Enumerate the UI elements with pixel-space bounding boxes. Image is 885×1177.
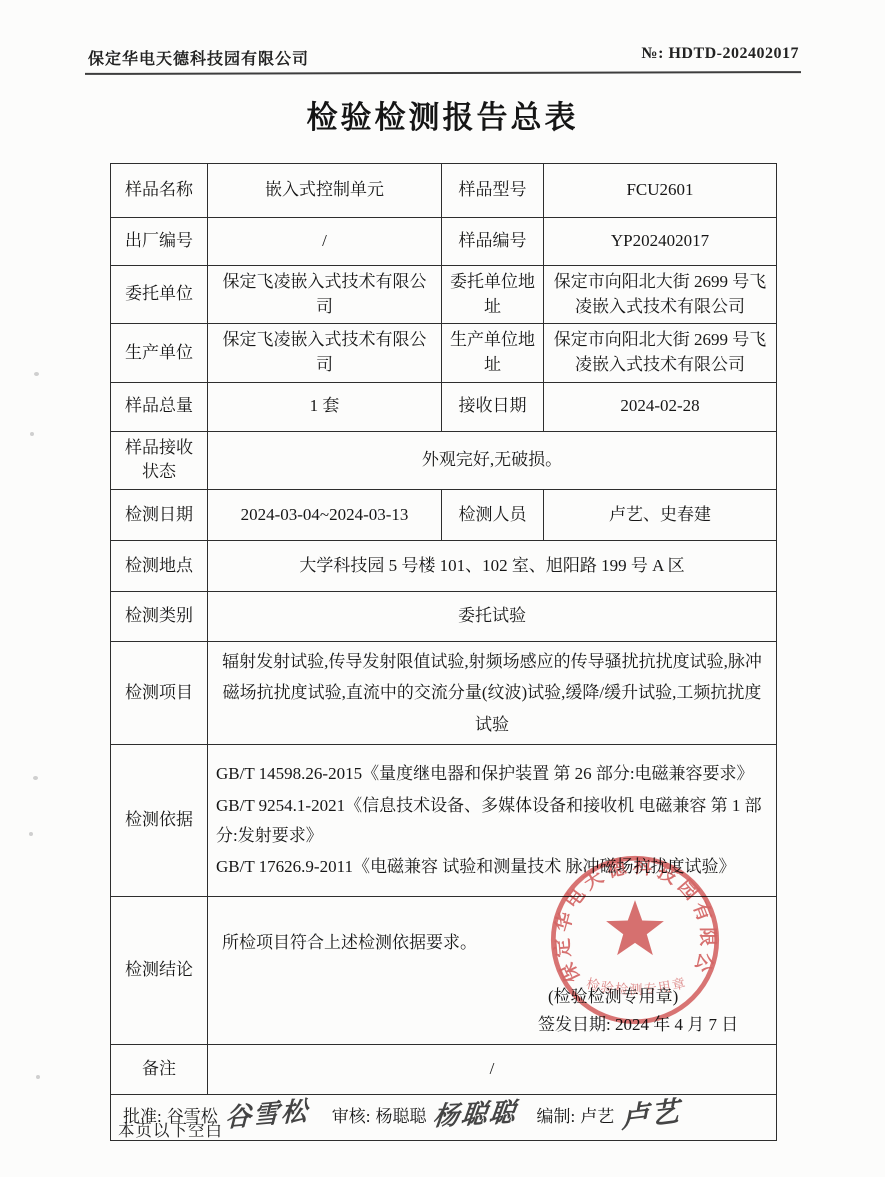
receive-date-value-cell: 2024-02-28: [544, 382, 777, 431]
test-date-value-cell: 2024-03-04~2024-03-13: [208, 489, 442, 540]
scan-artifact: [29, 832, 33, 836]
receive-state-label-cell: 样品接收状态: [111, 431, 208, 489]
table-row: 检测结论 所检项目符合上述检测依据要求。 (检验检测专用章) 签发日期: 202…: [111, 897, 777, 1045]
header-document-number: №: HDTD-202402017: [642, 45, 799, 63]
receive-state-value-cell: 外观完好,无破损。: [208, 431, 777, 489]
receive-date-label-cell: 接收日期: [442, 382, 544, 431]
stamp-caption-text: (检验检测专用章): [548, 985, 678, 1010]
review-label: 审核:: [332, 1105, 371, 1130]
client-value-cell: 保定飞凌嵌入式技术有限公司: [208, 266, 442, 324]
page-title: 检验检测报告总表: [0, 92, 885, 137]
conclusion-label-cell: 检测结论: [111, 897, 208, 1045]
quantity-value-cell: 1 套: [208, 382, 442, 431]
scan-artifact: [30, 432, 34, 436]
test-date-label-cell: 检测日期: [111, 489, 208, 540]
sample-model-label-cell: 样品型号: [442, 164, 544, 218]
sample-no-value-cell: YP202402017: [544, 218, 777, 266]
table-row: 样品接收状态 外观完好,无破损。: [111, 431, 777, 489]
table-row: 检测日期 2024-03-04~2024-03-13 检测人员 卢艺、史春建: [111, 489, 777, 540]
basis-label-cell: 检测依据: [111, 745, 208, 897]
testers-value-cell: 卢艺、史春建: [544, 489, 777, 540]
sample-model-value-cell: FCU2601: [544, 164, 777, 218]
manufacturer-addr-value-cell: 保定市向阳北大街 2699 号飞凌嵌入式技术有限公司: [544, 324, 777, 382]
table-row: 检测类别 委托试验: [111, 591, 777, 641]
table-row: 生产单位 保定飞凌嵌入式技术有限公司 生产单位地址 保定市向阳北大街 2699 …: [111, 324, 777, 382]
prepare-signature: 卢艺: [620, 1095, 682, 1140]
scan-artifact: [36, 1075, 40, 1079]
document-number-label: №:: [642, 45, 664, 62]
header-company-name: 保定华电天德科技园有限公司: [88, 46, 309, 69]
table-row: 检测依据 GB/T 14598.26-2015《量度继电器和保护装置 第 26 …: [111, 745, 777, 897]
report-summary-table: 样品名称 嵌入式控制单元 样品型号 FCU2601 出厂编号 / 样品编号 YP…: [110, 163, 777, 1141]
table-row: 样品名称 嵌入式控制单元 样品型号 FCU2601: [111, 164, 777, 218]
header-divider: [85, 71, 801, 75]
category-label-cell: 检测类别: [111, 591, 208, 641]
review-signature: 杨聪聪: [431, 1095, 520, 1137]
basis-standard-2: GB/T 9254.1-2021《信息技术设备、多媒体设备和接收机 电磁兼容 第…: [216, 791, 768, 851]
factory-no-value-cell: /: [208, 218, 442, 266]
table-row: 样品总量 1 套 接收日期 2024-02-28: [111, 382, 777, 431]
items-label-cell: 检测项目: [111, 641, 208, 744]
scan-artifact: [33, 776, 38, 780]
location-value-cell: 大学科技园 5 号楼 101、102 室、旭阳路 199 号 A 区: [208, 540, 777, 591]
report-page: 保定华电天德科技园有限公司 №: HDTD-202402017 检验检测报告总表…: [0, 0, 885, 1177]
prepare-label: 编制:: [537, 1105, 576, 1130]
category-value-cell: 委托试验: [208, 591, 777, 641]
manufacturer-value-cell: 保定飞凌嵌入式技术有限公司: [208, 324, 442, 382]
client-addr-label-cell: 委托单位地址: [442, 266, 544, 324]
remark-label-cell: 备注: [111, 1045, 208, 1095]
prepare-name: 卢艺: [580, 1105, 614, 1130]
sample-no-label-cell: 样品编号: [442, 218, 544, 266]
client-addr-value-cell: 保定市向阳北大街 2699 号飞凌嵌入式技术有限公司: [544, 266, 777, 324]
remark-value-cell: /: [208, 1045, 777, 1095]
factory-no-label-cell: 出厂编号: [111, 218, 208, 266]
review-name: 杨聪聪: [375, 1105, 426, 1130]
document-number-value: HDTD-202402017: [668, 45, 799, 62]
sample-name-label-cell: 样品名称: [111, 164, 208, 218]
table-row: 检测地点 大学科技园 5 号楼 101、102 室、旭阳路 199 号 A 区: [111, 540, 777, 591]
sample-name-value-cell: 嵌入式控制单元: [208, 164, 442, 218]
table-row: 备注 /: [111, 1045, 777, 1095]
page-footnote: 本页以下空白: [118, 1117, 223, 1141]
items-value-cell: 辐射发射试验,传导发射限值试验,射频场感应的传导骚扰抗扰度试验,脉冲磁场抗扰度试…: [208, 641, 777, 744]
issue-date-text: 签发日期: 2024 年 4 月 7 日: [538, 1013, 738, 1038]
table-row: 出厂编号 / 样品编号 YP202402017: [111, 218, 777, 266]
client-label-cell: 委托单位: [111, 266, 208, 324]
testers-label-cell: 检测人员: [442, 489, 544, 540]
conclusion-value-cell: 所检项目符合上述检测依据要求。 (检验检测专用章) 签发日期: 2024 年 4…: [208, 897, 777, 1045]
basis-standard-1: GB/T 14598.26-2015《量度继电器和保护装置 第 26 部分:电磁…: [216, 759, 768, 789]
table-row: 委托单位 保定飞凌嵌入式技术有限公司 委托单位地址 保定市向阳北大街 2699 …: [111, 266, 777, 324]
table-row: 检测项目 辐射发射试验,传导发射限值试验,射频场感应的传导骚扰抗扰度试验,脉冲磁…: [111, 641, 777, 744]
quantity-label-cell: 样品总量: [111, 382, 208, 431]
basis-value-cell: GB/T 14598.26-2015《量度继电器和保护装置 第 26 部分:电磁…: [208, 745, 777, 897]
approve-signature: 谷雪松: [225, 1095, 309, 1139]
location-label-cell: 检测地点: [111, 540, 208, 591]
conclusion-text: 所检项目符合上述检测依据要求。: [222, 931, 477, 956]
manufacturer-label-cell: 生产单位: [111, 324, 208, 382]
manufacturer-addr-label-cell: 生产单位地址: [442, 324, 544, 382]
scan-artifact: [34, 372, 39, 376]
basis-standard-3: GB/T 17626.9-2011《电磁兼容 试验和测量技术 脉冲磁场抗扰度试验…: [216, 852, 768, 882]
